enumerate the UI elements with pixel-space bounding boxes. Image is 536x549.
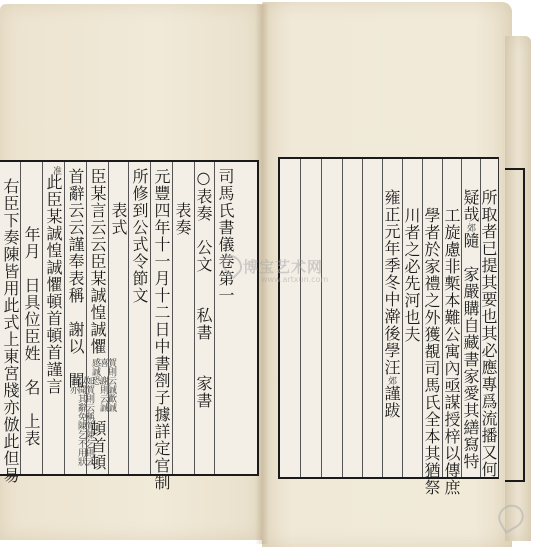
colophon-date-column: 雍正元年季冬中澣後學汪郊謹跋	[383, 189, 400, 419]
text-column: 表奏	[174, 168, 191, 236]
book-title-column: 司馬氏書儀卷第一	[217, 168, 234, 304]
watermark: 博宝艺术网 www.artxun.com	[243, 256, 328, 284]
left-page-text-frame: 司馬氏書儀卷第一 ○表奏 公文 私書 家書 表奏 元豐四年十一月十二日中書劄子據…	[0, 160, 259, 476]
colophon-text: 疑哉	[461, 189, 480, 223]
column-rule	[128, 162, 129, 474]
watermark-chinese: 博宝艺术网	[243, 258, 323, 276]
right-page-text-frame: 所取者已提其要也其必應專爲流播又何 疑哉郊隨 家嚴購自藏書家愛其繕寫特 工旋慮非…	[278, 157, 499, 479]
text-column: 元豐四年十一月十二日中書劄子據詳定官制	[153, 168, 170, 491]
interlinear-note: 賀則云誠歡誠喜 謝則云誠感誠恐	[91, 358, 115, 420]
text-column: 首辭云云謹奉表稱 謝以 聞	[67, 168, 84, 389]
text-column: 所修到公式令節文	[131, 168, 148, 304]
underlying-page-frame	[505, 168, 525, 482]
interlinear-note: 如賀則云稱賀陳乞則云以聞其辭免陳乞不用狀者亦	[69, 376, 93, 472]
column-rule	[300, 159, 301, 477]
column-rule	[64, 162, 65, 474]
colophon-column: 川者之必先河也夫	[403, 207, 420, 343]
column-rule	[150, 162, 151, 474]
text-column: 臣某言云云臣某誠惶誠懼	[89, 168, 106, 355]
column-rule	[342, 159, 343, 477]
colophon-column: 工旋慮非槧本難公寓內亟謀授梓以傳庶	[443, 207, 460, 496]
colophon-date: 雍正元年季冬中澣後學汪	[382, 189, 401, 376]
column-rule	[20, 162, 21, 474]
colophon-column: 疑哉郊隨 家嚴購自藏書家愛其繕寫特	[462, 189, 479, 470]
colophon-signature: 謹跋	[382, 385, 401, 419]
column-rule	[42, 162, 43, 474]
colophon-text: 隨 家嚴購自藏書家愛其繕寫特	[461, 232, 480, 470]
column-rule	[362, 159, 363, 477]
small-name-glyph: 郊	[465, 223, 475, 232]
text-column: 年月 日具位臣姓 名 上表	[23, 192, 40, 447]
text-column: ○表奏 公文 私書 家書	[195, 168, 212, 409]
colophon-column: 所取者已提其要也其必應專爲流播又何	[480, 189, 497, 478]
colophon-column: 學者於家禮之外獲覩司馬氏全本其猶祭	[423, 207, 440, 496]
small-name-glyph: 郊	[386, 376, 396, 385]
text-column: 右臣下奏陳皆用此式上東宮牋亦倣此但易	[2, 178, 19, 484]
watermark-english: www.artxun.com	[261, 275, 328, 284]
column-rule	[214, 162, 215, 474]
column-rule	[321, 159, 322, 477]
text-column: 此臣某誠惶誠懼頓首頓首謹言	[45, 174, 62, 395]
text-column: 表式	[110, 168, 127, 236]
